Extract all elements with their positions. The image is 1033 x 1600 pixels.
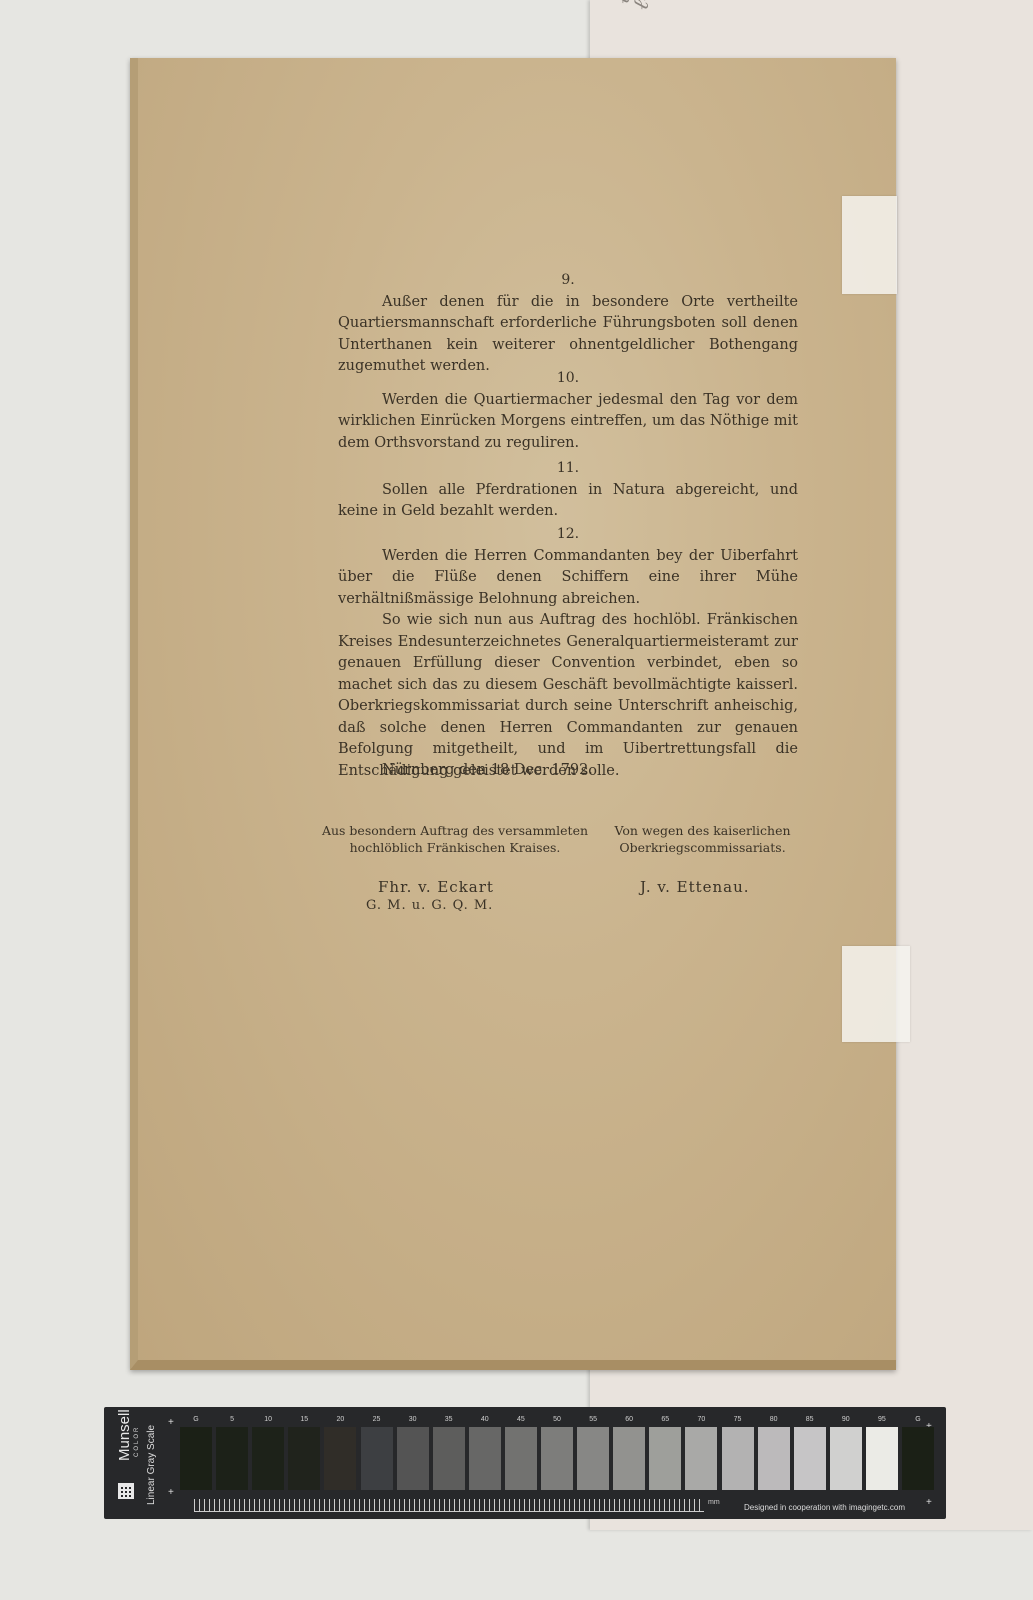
gray-patch — [902, 1427, 934, 1490]
tape-strip-bottom — [842, 946, 910, 1042]
gray-patch — [180, 1427, 212, 1490]
gray-patch — [288, 1427, 320, 1490]
patch-label: 45 — [505, 1416, 537, 1423]
mm-ruler — [194, 1499, 704, 1512]
signature-left-name: Fhr. v. Eckart — [378, 878, 494, 896]
section-text: Außer denen für die in besondere Orte ve… — [338, 292, 798, 378]
gray-patch — [324, 1427, 356, 1490]
patch-label: 75 — [722, 1416, 754, 1423]
patch-label: G — [902, 1416, 934, 1423]
gray-patch — [794, 1427, 826, 1490]
sig-right-line2: Oberkriegscommissariats. — [605, 839, 800, 856]
place-date: Nürnberg den 18 Dec. 1792. — [338, 760, 798, 782]
gray-patch — [577, 1427, 609, 1490]
signature-right-name: J. v. Ettenau. — [640, 878, 750, 896]
gray-patch — [613, 1427, 645, 1490]
patch-label: 55 — [577, 1416, 609, 1423]
section-12: 12. Werden die Herren Commandanten bey d… — [338, 524, 798, 610]
patch-label: 80 — [758, 1416, 790, 1423]
gray-patch — [505, 1427, 537, 1490]
gray-patch — [866, 1427, 898, 1490]
signature-left-heading: Aus besondern Auftrag des versammleten h… — [320, 822, 590, 856]
munsell-gray-scale: Munsell COLOR Linear Gray Scale + + + + … — [104, 1407, 946, 1519]
patch-label: 60 — [613, 1416, 645, 1423]
tape-strip-top — [842, 196, 897, 294]
gray-patch — [397, 1427, 429, 1490]
plus-mark: + — [168, 1487, 174, 1498]
patch-label: 85 — [794, 1416, 826, 1423]
munsell-sub: COLOR — [134, 1426, 140, 1457]
gray-patch — [469, 1427, 501, 1490]
gray-patch — [758, 1427, 790, 1490]
closing-paragraph: So wie sich nun aus Auftrag des hochlöbl… — [338, 610, 798, 782]
sig-left-line2: hochlöblich Fränkischen Kraises. — [320, 839, 590, 856]
section-9: 9. Außer denen für die in besondere Orte… — [338, 270, 798, 378]
sig-left-line1: Aus besondern Auftrag des versammleten — [320, 822, 590, 839]
patch-label: 25 — [361, 1416, 393, 1423]
ruler-unit: mm — [708, 1499, 720, 1506]
gray-patch — [216, 1427, 248, 1490]
gray-patch — [541, 1427, 573, 1490]
patch-label: 90 — [830, 1416, 862, 1423]
place-date-text: Nürnberg den 18 Dec. 1792. — [338, 760, 798, 782]
patch-label: 95 — [866, 1416, 898, 1423]
patch-label: 65 — [649, 1416, 681, 1423]
patch-label: 50 — [541, 1416, 573, 1423]
patch-label: 35 — [433, 1416, 465, 1423]
plus-mark: + — [926, 1497, 932, 1508]
patch-label: 40 — [469, 1416, 501, 1423]
plus-mark: + — [168, 1417, 174, 1428]
scale-title: Linear Gray Scale — [146, 1425, 157, 1505]
patch-label: 30 — [397, 1416, 429, 1423]
patch-label: 20 — [324, 1416, 356, 1423]
section-text: Sollen alle Pferdrationen in Natura abge… — [338, 480, 798, 523]
section-number: 10. — [338, 368, 798, 390]
section-10: 10. Werden die Quartiermacher jedesmal d… — [338, 368, 798, 454]
section-number: 11. — [338, 458, 798, 480]
section-number: 9. — [338, 270, 798, 292]
gray-patch — [361, 1427, 393, 1490]
munsell-brand: Munsell — [116, 1409, 133, 1461]
patch-label: 5 — [216, 1416, 248, 1423]
signature-right-heading: Von wegen des kaiserlichen Oberkriegscom… — [605, 822, 800, 856]
section-text: Werden die Quartiermacher jedesmal den T… — [338, 390, 798, 455]
gray-patch — [433, 1427, 465, 1490]
closing-text: So wie sich nun aus Auftrag des hochlöbl… — [338, 610, 798, 782]
gray-patch — [649, 1427, 681, 1490]
gray-patch — [722, 1427, 754, 1490]
sig-right-line1: Von wegen des kaiserlichen — [605, 822, 800, 839]
patch-label: 10 — [252, 1416, 284, 1423]
patch-label: 70 — [685, 1416, 717, 1423]
gray-patch — [685, 1427, 717, 1490]
gray-patch — [830, 1427, 862, 1490]
gray-patch — [252, 1427, 284, 1490]
signature-left-title: G. M. u. G. Q. M. — [366, 898, 493, 913]
patch-label: G — [180, 1416, 212, 1423]
section-number: 12. — [338, 524, 798, 546]
section-11: 11. Sollen alle Pferdrationen in Natura … — [338, 458, 798, 523]
section-text: Werden die Herren Commandanten bey der U… — [338, 546, 798, 611]
patch-label: 15 — [288, 1416, 320, 1423]
scale-credit: Designed in cooperation with imagingetc.… — [744, 1503, 905, 1512]
